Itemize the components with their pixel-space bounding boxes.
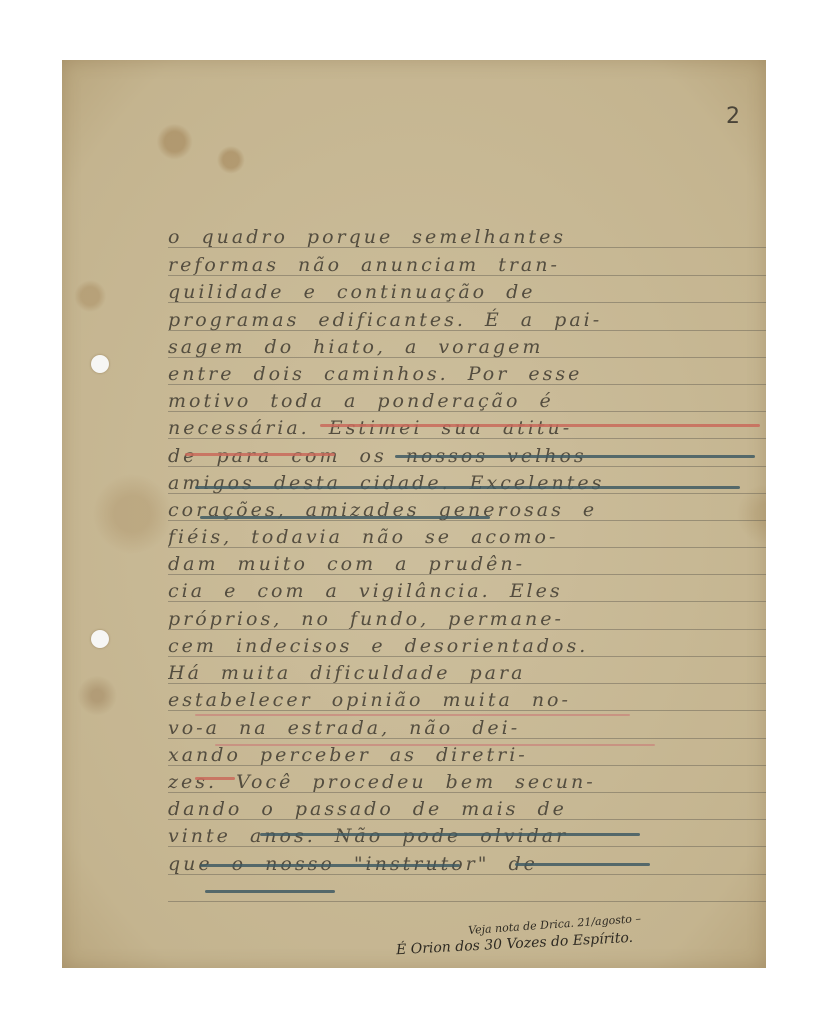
text-line: cia e com a vigilância. Eles — [168, 578, 766, 604]
text-line: zes. Você procedeu bem secun- — [168, 769, 766, 795]
page-number: 2 — [726, 104, 740, 129]
punch-hole-bottom — [91, 630, 109, 648]
blue-underline — [260, 833, 640, 836]
text-line: vinte anos. Não pode olvidar — [168, 823, 766, 849]
text-line: cem indecisos e desorientados. — [168, 633, 766, 659]
marginal-note-line-2: É Orion dos 30 Vozes do Espírito. — [396, 930, 634, 958]
red-underline — [320, 424, 760, 427]
text-line: estabelecer opinião muita no- — [168, 687, 766, 713]
text-line: sagem do hiato, a voragem — [168, 334, 766, 360]
ruled-line — [168, 901, 766, 902]
text-line: próprios, no fundo, permane- — [168, 606, 766, 632]
text-line: necessária. Estimei sua atitu- — [168, 415, 766, 441]
blue-underline — [205, 890, 335, 893]
blue-underline — [200, 864, 460, 867]
blue-underline — [200, 516, 490, 519]
text-line: programas edificantes. É a pai- — [168, 307, 766, 333]
text-line: amigos desta cidade. Excelentes — [168, 470, 766, 496]
text-line: Há muita dificuldade para — [168, 660, 766, 686]
punch-hole-top — [91, 355, 109, 373]
text-line: reformas não anunciam tran- — [168, 252, 766, 278]
text-line: vo-a na estrada, não dei- — [168, 715, 766, 741]
text-line: quilidade e continuação de — [168, 279, 766, 305]
red-underline — [195, 714, 630, 716]
text-line: corações, amizades generosas e — [168, 497, 766, 523]
blue-underline — [395, 455, 755, 458]
text-line: dam muito com a prudên- — [168, 551, 766, 577]
blue-underline — [515, 863, 650, 866]
text-line: fiéis, todavia não se acomo- — [168, 524, 766, 550]
red-underline — [195, 777, 235, 780]
text-line: entre dois caminhos. Por esse — [168, 361, 766, 387]
text-line: dando o passado de mais de — [168, 796, 766, 822]
text-line: motivo toda a ponderação é — [168, 388, 766, 414]
red-underline — [215, 744, 655, 746]
letter-page: 2 o quadro porque semelhantes reformas n… — [62, 60, 766, 968]
red-underline — [185, 453, 335, 456]
text-line: o quadro porque semelhantes — [168, 224, 766, 250]
blue-underline — [195, 486, 740, 489]
